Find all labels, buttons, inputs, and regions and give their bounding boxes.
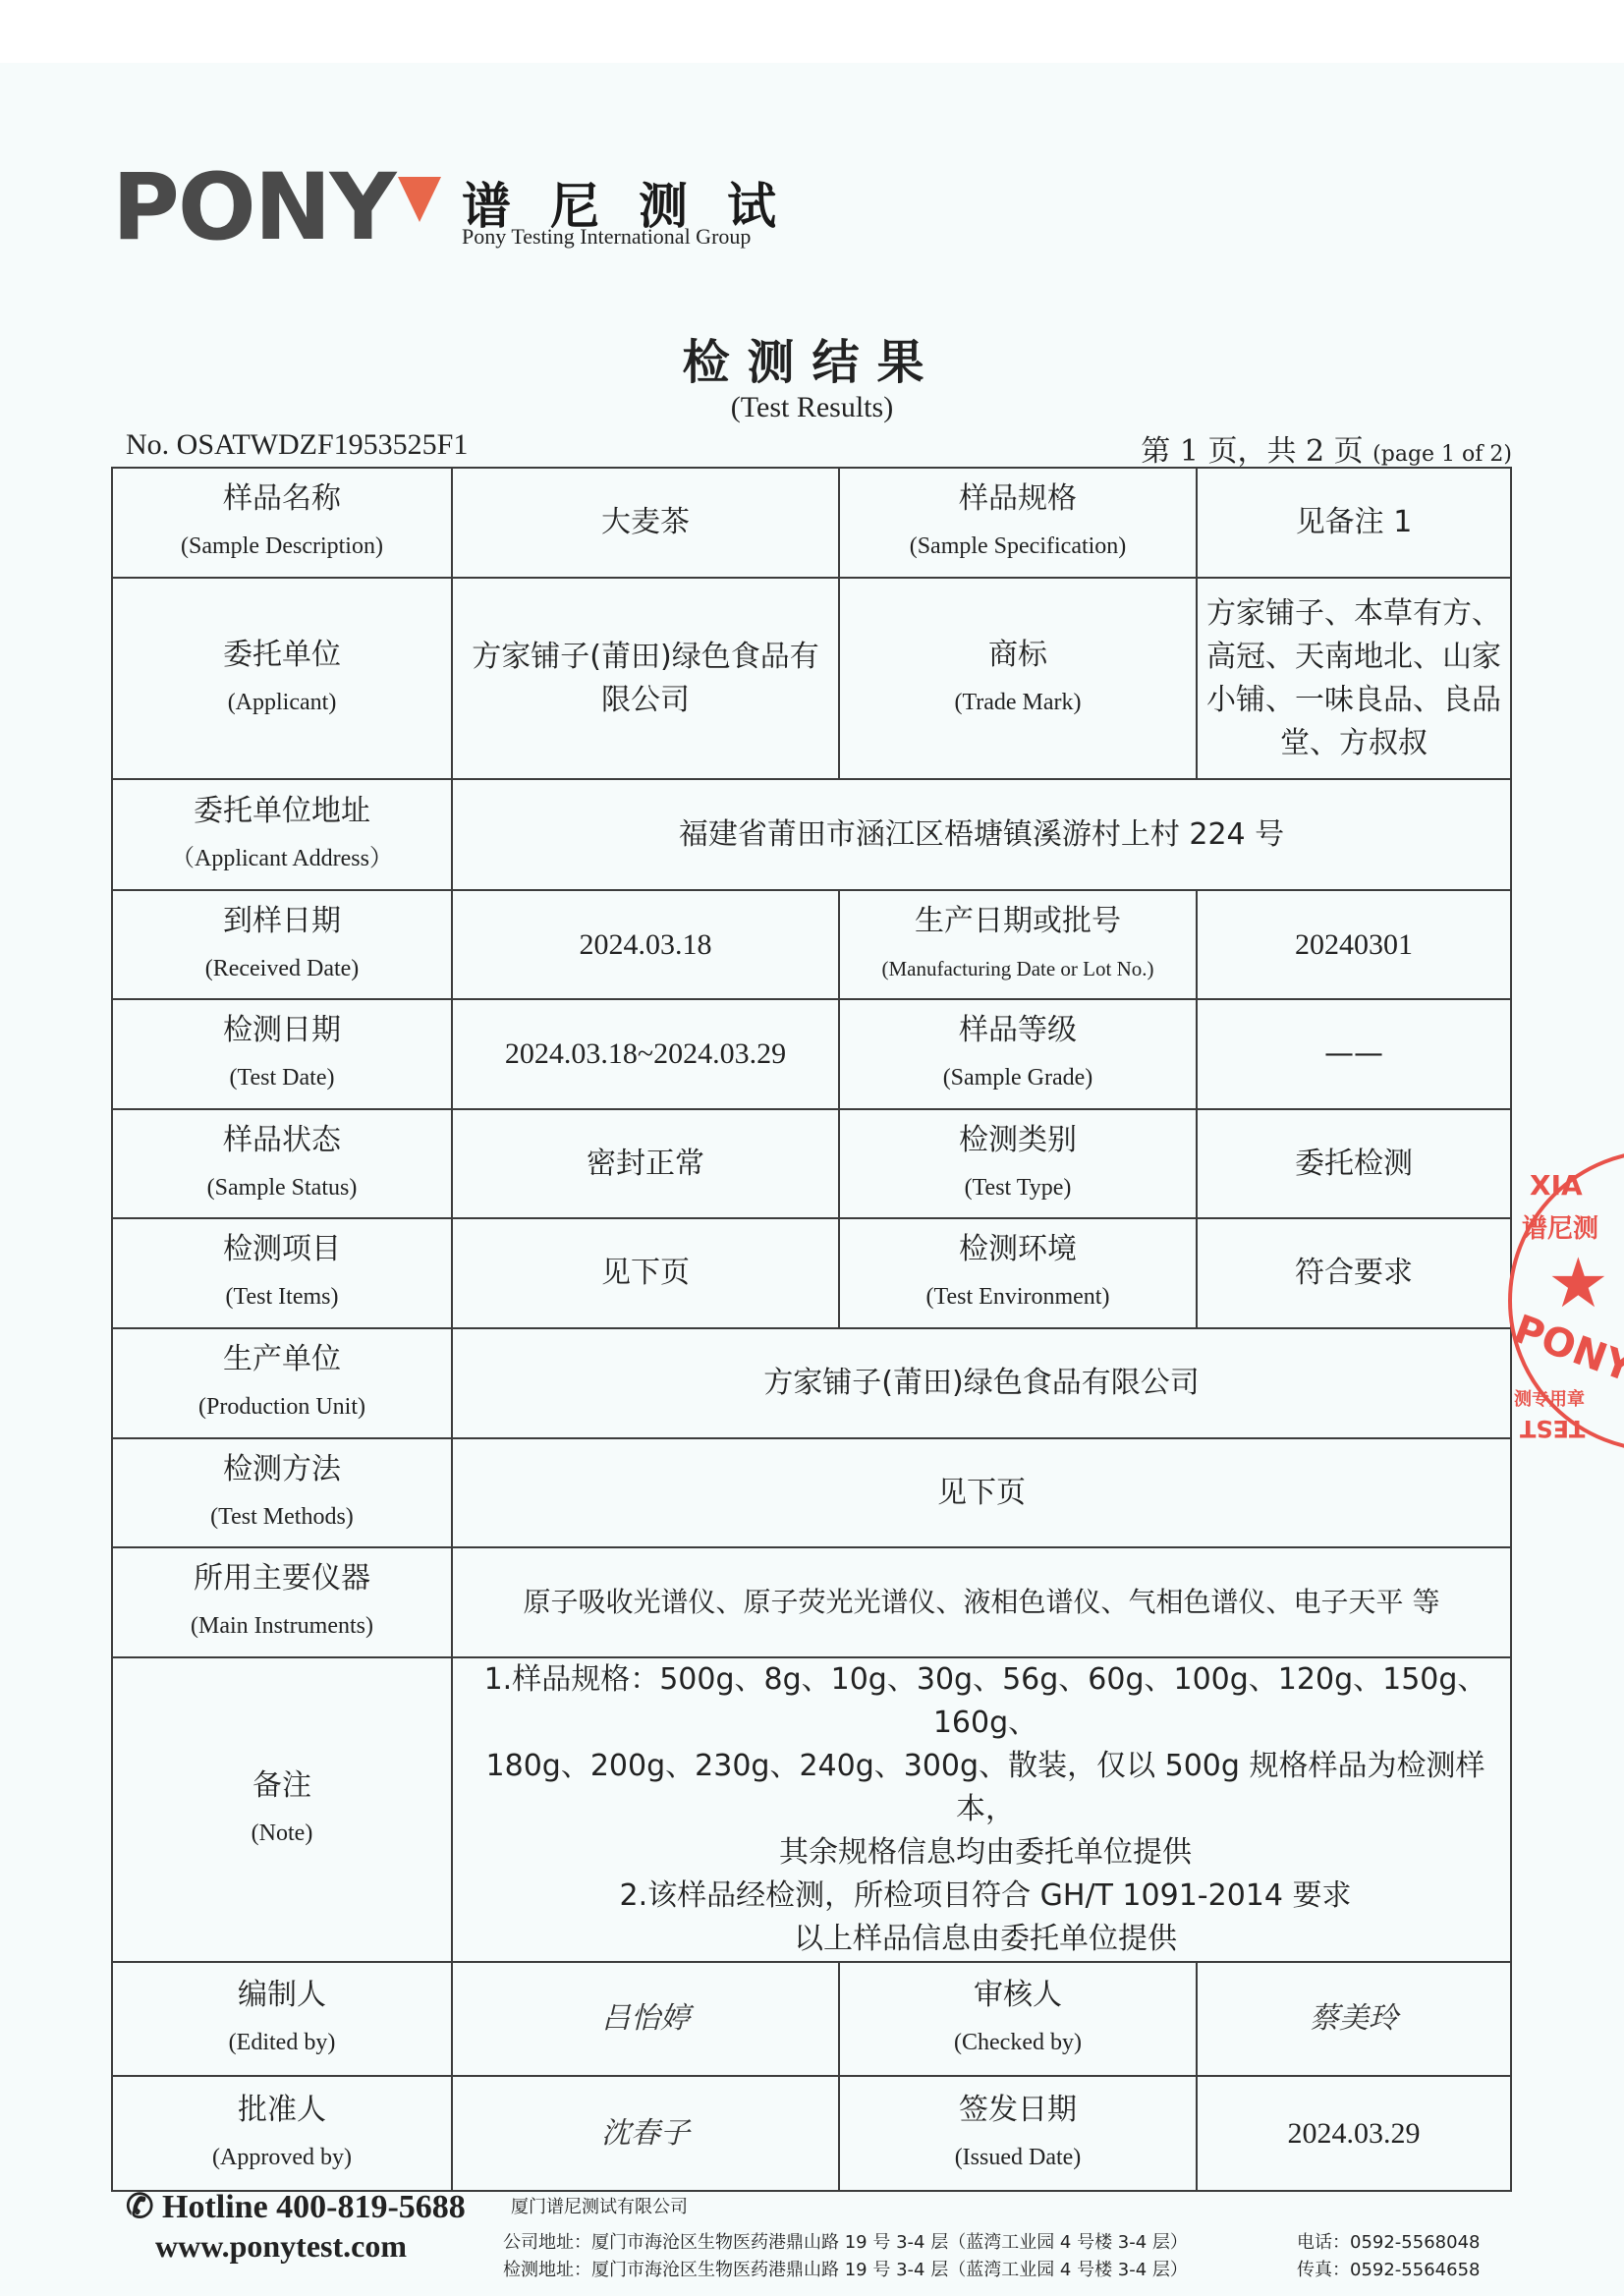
value-test-date: 2024.03.18~2024.03.29 [452, 999, 839, 1109]
footer-company-address: 公司地址：厦门市海沧区生物医药港鼎山路 19 号 3-4 层（蓝湾工业园 4 号… [503, 2228, 1188, 2254]
value-issued-date: 2024.03.29 [1197, 2076, 1511, 2191]
label-applicant: 委托单位(Applicant) [112, 578, 452, 779]
value-test-methods: 见下页 [452, 1438, 1511, 1547]
signature-approved-by: 沈春子 [452, 2076, 839, 2191]
report-number: No. OSATWDZF1953525F1 [126, 428, 468, 462]
seal-text-bottom-cn: 测专用章 [1514, 1385, 1585, 1411]
value-note: 1.样品规格：500g、8g、10g、30g、56g、60g、100g、120g… [452, 1657, 1511, 1962]
value-received-date: 2024.03.18 [452, 890, 839, 999]
logo-triangle-icon [398, 177, 441, 222]
footer-hotline: ✆ Hotline 400-819-5688 [126, 2187, 466, 2226]
table-row: 编制人(Edited by) 吕怡婷 审核人(Checked by) 蔡美玲 [112, 1962, 1511, 2076]
brand-name-en: Pony Testing International Group [462, 224, 751, 250]
logo-wordmark: PONY [112, 169, 395, 248]
value-sample-status: 密封正常 [452, 1109, 839, 1218]
table-row: 检测方法(Test Methods) 见下页 [112, 1438, 1511, 1547]
value-manufacturing-date: 20240301 [1197, 890, 1511, 999]
document-title-cn: 检测结果 [0, 324, 1624, 392]
page-top-margin [0, 0, 1624, 63]
label-main-instruments: 所用主要仪器(Main Instruments) [112, 1547, 452, 1657]
star-icon: ★ [1547, 1243, 1609, 1323]
value-test-items: 见下页 [452, 1218, 839, 1328]
value-applicant: 方家铺子(莆田)绿色食品有限公司 [452, 578, 839, 779]
table-row: 委托单位(Applicant) 方家铺子(莆田)绿色食品有限公司 商标(Trad… [112, 578, 1511, 779]
value-test-environment: 符合要求 [1197, 1218, 1511, 1328]
page-indicator-en: (page 1 of 2) [1372, 442, 1512, 467]
note-line: 2.该样品经检测，所检项目符合 GH/T 1091-2014 要求 [469, 1875, 1502, 1918]
label-test-type: 检测类别(Test Type) [839, 1109, 1197, 1218]
footer-company-name: 厦门谱尼测试有限公司 [511, 2193, 688, 2218]
value-sample-grade: —— [1197, 999, 1511, 1109]
table-row: 检测项目(Test Items) 见下页 检测环境(Test Environme… [112, 1218, 1511, 1328]
value-test-type: 委托检测 [1197, 1109, 1511, 1218]
page-indicator: 第 1 页，共 2 页 (page 1 of 2) [1141, 426, 1512, 470]
value-main-instruments: 原子吸收光谱仪、原子荧光光谱仪、液相色谱仪、气相色谱仪、电子天平 等 [452, 1547, 1511, 1657]
label-sample-grade: 样品等级(Sample Grade) [839, 999, 1197, 1109]
label-sample-status: 样品状态(Sample Status) [112, 1109, 452, 1218]
label-edited-by: 编制人(Edited by) [112, 1962, 452, 2076]
test-results-table: 样品名称(Sample Description) 大麦茶 样品规格(Sample… [111, 467, 1512, 2192]
value-production-unit: 方家铺子(莆田)绿色食品有限公司 [452, 1328, 1511, 1438]
label-test-date: 检测日期(Test Date) [112, 999, 452, 1109]
table-row: 生产单位(Production Unit) 方家铺子(莆田)绿色食品有限公司 [112, 1328, 1511, 1438]
note-line: 以上样品信息由委托单位提供 [469, 1918, 1502, 1961]
table-row: 检测日期(Test Date) 2024.03.18~2024.03.29 样品… [112, 999, 1511, 1109]
seal-text-cn: 谱尼测 [1522, 1208, 1598, 1245]
value-sample-description: 大麦茶 [452, 468, 839, 578]
label-manufacturing-date: 生产日期或批号(Manufacturing Date or Lot No.) [839, 890, 1197, 999]
footer-phone: 电话：0592-5568048 [1297, 2228, 1480, 2254]
label-test-environment: 检测环境(Test Environment) [839, 1218, 1197, 1328]
note-line: 180g、200g、230g、240g、300g、散装，仅以 500g 规格样品… [469, 1745, 1502, 1831]
note-line: 其余规格信息均由委托单位提供 [469, 1831, 1502, 1875]
table-row: 备注(Note) 1.样品规格：500g、8g、10g、30g、56g、60g、… [112, 1657, 1511, 1962]
value-trade-mark: 方家铺子、本草有方、高冠、天南地北、山家小铺、一味良品、良品堂、方叔叔 [1197, 578, 1511, 779]
label-sample-description: 样品名称(Sample Description) [112, 468, 452, 578]
label-test-methods: 检测方法(Test Methods) [112, 1438, 452, 1547]
table-row: 所用主要仪器(Main Instruments) 原子吸收光谱仪、原子荧光光谱仪… [112, 1547, 1511, 1657]
label-issued-date: 签发日期(Issued Date) [839, 2076, 1197, 2191]
table-row: 委托单位地址（Applicant Address） 福建省莆田市涵江区梧塘镇溪游… [112, 779, 1511, 890]
signature-edited-by: 吕怡婷 [452, 1962, 839, 2076]
label-sample-specification: 样品规格(Sample Specification) [839, 468, 1197, 578]
table-row: 到样日期(Received Date) 2024.03.18 生产日期或批号(M… [112, 890, 1511, 999]
value-applicant-address: 福建省莆田市涵江区梧塘镇溪游村上村 224 号 [452, 779, 1511, 890]
seal-text-bottom-en: TEST [1520, 1415, 1585, 1442]
label-approved-by: 批准人(Approved by) [112, 2076, 452, 2191]
label-production-unit: 生产单位(Production Unit) [112, 1328, 452, 1438]
label-checked-by: 审核人(Checked by) [839, 1962, 1197, 2076]
footer-fax: 传真：0592-5564658 [1297, 2256, 1480, 2281]
phone-icon: ✆ [126, 2189, 154, 2225]
label-note: 备注(Note) [112, 1657, 452, 1962]
label-test-items: 检测项目(Test Items) [112, 1218, 452, 1328]
hotline-text: Hotline 400-819-5688 [162, 2189, 466, 2225]
signature-checked-by: 蔡美玲 [1197, 1962, 1511, 2076]
official-seal-stamp: XIA 谱尼测 ★ PONY 测专用章 TEST [1508, 1149, 1624, 1464]
label-received-date: 到样日期(Received Date) [112, 890, 452, 999]
document-title-en: (Test Results) [0, 391, 1624, 424]
table-row: 样品名称(Sample Description) 大麦茶 样品规格(Sample… [112, 468, 1511, 578]
value-sample-specification: 见备注 1 [1197, 468, 1511, 578]
page-indicator-cn: 第 1 页，共 2 页 [1141, 434, 1363, 469]
footer-website[interactable]: www.ponytest.com [155, 2228, 407, 2265]
table-row: 样品状态(Sample Status) 密封正常 检测类别(Test Type)… [112, 1109, 1511, 1218]
table-row: 批准人(Approved by) 沈春子 签发日期(Issued Date) 2… [112, 2076, 1511, 2191]
seal-text-top: XIA [1530, 1169, 1583, 1202]
label-trade-mark: 商标(Trade Mark) [839, 578, 1197, 779]
label-applicant-address: 委托单位地址（Applicant Address） [112, 779, 452, 890]
note-line: 1.样品规格：500g、8g、10g、30g、56g、60g、100g、120g… [469, 1658, 1502, 1745]
footer-test-address: 检测地址：厦门市海沧区生物医药港鼎山路 19 号 3-4 层（蓝湾工业园 4 号… [503, 2256, 1188, 2281]
